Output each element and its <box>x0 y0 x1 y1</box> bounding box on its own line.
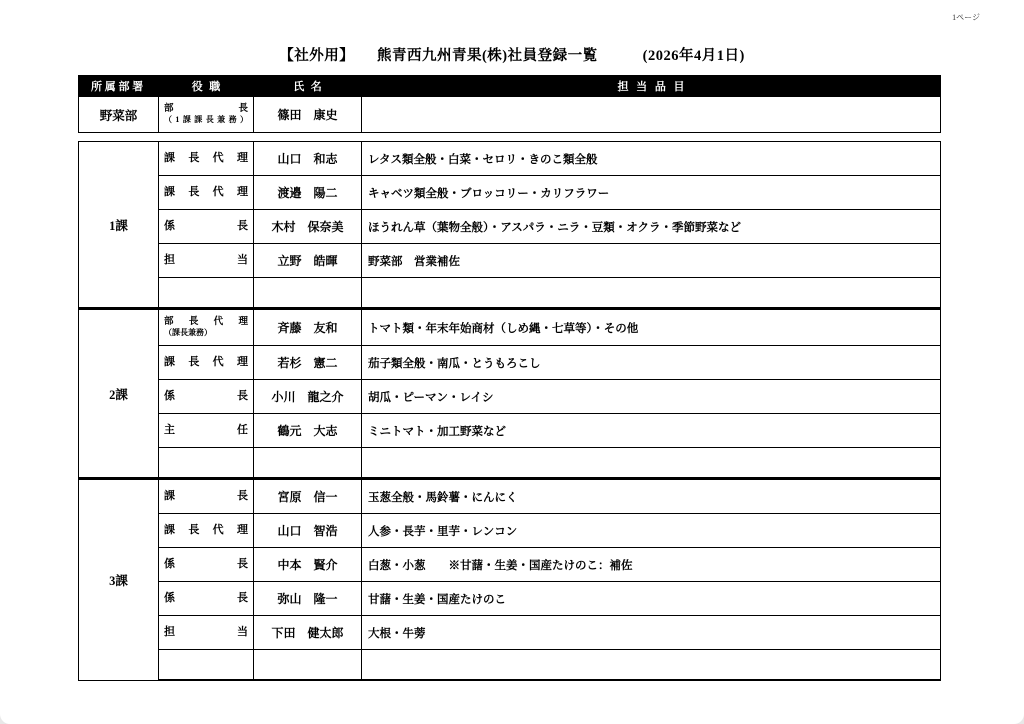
role-cell: 課長代理 <box>159 346 254 380</box>
employee-table-sections: 1課 課長代理 山口 和志 レタス類全般・白菜・セロリ・きのこ類全般 課長代理 … <box>78 141 941 681</box>
table-row: 担当 立野 皓暉 野菜部 営業補佐 <box>79 244 941 278</box>
products-cell: ほうれん草（葉物全般）・アスパラ・ニラ・豆類・オクラ・季節野菜など <box>362 210 941 244</box>
role-title: 担当 <box>164 626 248 638</box>
role-cell: 係長 <box>159 548 254 582</box>
role-title: 係長 <box>164 558 248 570</box>
name-cell: 鶴元 大志 <box>254 414 362 448</box>
name-cell: 中本 賢介 <box>254 548 362 582</box>
name-cell <box>254 278 362 309</box>
role-cell: 課長代理 <box>159 176 254 210</box>
products-cell: 胡瓜・ピーマン・レイシ <box>362 380 941 414</box>
products-cell <box>362 448 941 479</box>
role-title: 課長 <box>164 490 248 502</box>
col-header-products: 担当品目 <box>362 76 941 97</box>
name-cell: 斉藤 友和 <box>254 309 362 346</box>
table-row: 3課 課長 宮原 信一 玉葱全般・馬鈴薯・にんにく <box>79 479 941 514</box>
role-cell: 担当 <box>159 616 254 650</box>
products-cell: 大根・牛蒡 <box>362 616 941 650</box>
role-cell <box>159 278 254 309</box>
department-cell: 1課 <box>79 142 159 309</box>
products-cell: キャベツ類全般・ブロッコリー・カリフラワー <box>362 176 941 210</box>
role-title: 係長 <box>164 220 248 232</box>
products-cell: 野菜部 営業補佐 <box>362 244 941 278</box>
products-cell: 甘藷・生姜・国産たけのこ <box>362 582 941 616</box>
page-title: 【社外用】 熊青西九州青果(株)社員登録一覧 (2026年4月1日) <box>0 44 1024 65</box>
table-row: 主任 鶴元 大志 ミニトマト・加工野菜など <box>79 414 941 448</box>
products-cell: 玉葱全般・馬鈴薯・にんにく <box>362 479 941 514</box>
role-cell: 係長 <box>159 380 254 414</box>
table-row: 係長 木村 保奈美 ほうれん草（葉物全般）・アスパラ・ニラ・豆類・オクラ・季節野… <box>79 210 941 244</box>
role-title: 課長代理 <box>164 152 248 164</box>
role-cell: 部長 （1課課長兼務） <box>159 97 254 133</box>
department-cell: 野菜部 <box>79 97 159 133</box>
role-title: 主任 <box>164 424 248 436</box>
department-cell: 2課 <box>79 309 159 479</box>
table-row: 係長 中本 賢介 白葱・小葱 ※甘藷・生姜・国産たけのこ：補佐 <box>79 548 941 582</box>
role-title: 課長代理 <box>164 524 248 536</box>
table-row: 課長代理 若杉 憲二 茄子類全般・南瓜・とうもろこし <box>79 346 941 380</box>
products-cell <box>362 650 941 681</box>
col-header-role: 役職 <box>159 76 254 97</box>
products-cell: トマト類・年末年始商材（しめ縄・七草等）・その他 <box>362 309 941 346</box>
role-cell: 担当 <box>159 244 254 278</box>
empty-row <box>79 448 941 479</box>
role-title: 課長代理 <box>164 356 248 368</box>
role-note: （1課課長兼務） <box>164 115 248 125</box>
role-title: 担当 <box>164 254 248 266</box>
products-cell: 茄子類全般・南瓜・とうもろこし <box>362 346 941 380</box>
products-cell: 白葱・小葱 ※甘藷・生姜・国産たけのこ：補佐 <box>362 548 941 582</box>
role-cell: 係長 <box>159 582 254 616</box>
name-cell: 山口 智浩 <box>254 514 362 548</box>
table-row: 1課 課長代理 山口 和志 レタス類全般・白菜・セロリ・きのこ類全般 <box>79 142 941 176</box>
role-cell: 主任 <box>159 414 254 448</box>
table-row: 2課 部長代理 （課長兼務） 斉藤 友和 トマト類・年末年始商材（しめ縄・七草等… <box>79 309 941 346</box>
document-page: 1ページ 【社外用】 熊青西九州青果(株)社員登録一覧 (2026年4月1日) … <box>0 0 1024 724</box>
role-note: （課長兼務） <box>164 328 248 338</box>
table-row: 係長 小川 龍之介 胡瓜・ピーマン・レイシ <box>79 380 941 414</box>
role-cell: 係長 <box>159 210 254 244</box>
products-cell <box>362 278 941 309</box>
role-title: 係長 <box>164 592 248 604</box>
name-cell <box>254 650 362 681</box>
role-cell <box>159 448 254 479</box>
col-header-department: 所属部署 <box>79 76 159 97</box>
name-cell <box>254 448 362 479</box>
name-cell: 弥山 隆一 <box>254 582 362 616</box>
role-title: 課長代理 <box>164 186 248 198</box>
products-cell: ミニトマト・加工野菜など <box>362 414 941 448</box>
products-cell <box>362 97 941 133</box>
name-cell: 篠田 康史 <box>254 97 362 133</box>
role-title: 係長 <box>164 390 248 402</box>
role-title: 部長代理 <box>164 317 248 327</box>
table-row: 係長 弥山 隆一 甘藷・生姜・国産たけのこ <box>79 582 941 616</box>
role-cell: 部長代理 （課長兼務） <box>159 309 254 346</box>
name-cell: 渡邉 陽二 <box>254 176 362 210</box>
col-header-name: 氏名 <box>254 76 362 97</box>
products-cell: 人参・長芋・里芋・レンコン <box>362 514 941 548</box>
table-row: 課長代理 山口 智浩 人参・長芋・里芋・レンコン <box>79 514 941 548</box>
name-cell: 小川 龍之介 <box>254 380 362 414</box>
name-cell: 立野 皓暉 <box>254 244 362 278</box>
department-cell: 3課 <box>79 479 159 681</box>
products-cell: レタス類全般・白菜・セロリ・きのこ類全般 <box>362 142 941 176</box>
name-cell: 木村 保奈美 <box>254 210 362 244</box>
header-row: 所属部署 役職 氏名 担当品目 <box>79 76 941 97</box>
role-title: 部長 <box>164 104 248 114</box>
employee-table-header-block: 所属部署 役職 氏名 担当品目 野菜部 部長 （1課課長兼務） 篠田 康史 <box>78 75 941 133</box>
name-cell: 若杉 憲二 <box>254 346 362 380</box>
empty-row <box>79 650 941 681</box>
page-number-label: 1ページ <box>952 12 980 23</box>
role-cell: 課長代理 <box>159 514 254 548</box>
role-cell: 課長 <box>159 479 254 514</box>
role-cell <box>159 650 254 681</box>
name-cell: 山口 和志 <box>254 142 362 176</box>
table-row: 担当 下田 健太郎 大根・牛蒡 <box>79 616 941 650</box>
table-row: 野菜部 部長 （1課課長兼務） 篠田 康史 <box>79 97 941 133</box>
name-cell: 下田 健太郎 <box>254 616 362 650</box>
table-row: 課長代理 渡邉 陽二 キャベツ類全般・ブロッコリー・カリフラワー <box>79 176 941 210</box>
empty-row <box>79 278 941 309</box>
role-cell: 課長代理 <box>159 142 254 176</box>
name-cell: 宮原 信一 <box>254 479 362 514</box>
